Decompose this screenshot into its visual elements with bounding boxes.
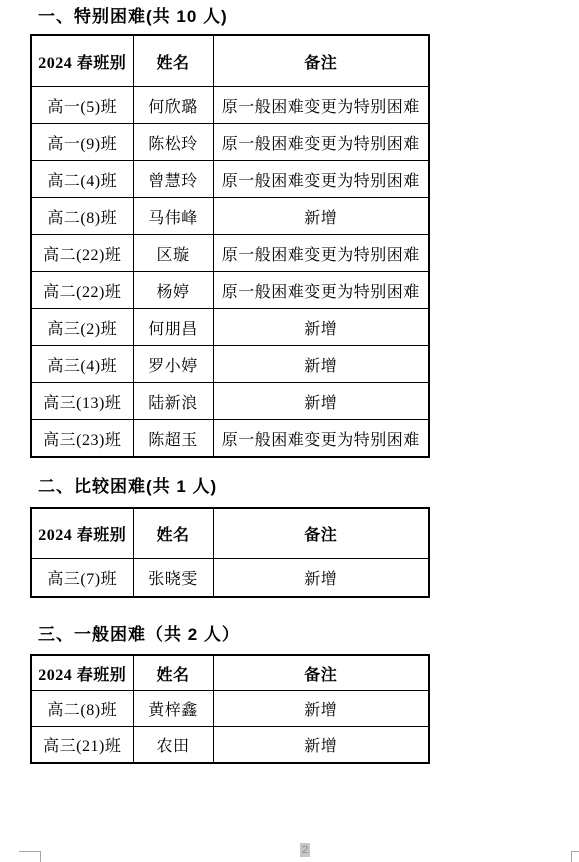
- section-fairly-difficult: 二、比较困难(共 1 人) 2024 春班别 姓名 备注 高三(7)班张晓雯新增: [30, 476, 579, 598]
- remark-column-header: 备注: [213, 655, 429, 691]
- fairly-difficult-table: 2024 春班别 姓名 备注 高三(7)班张晓雯新增: [30, 507, 430, 598]
- table-row: 高三(4)班罗小婷新增: [31, 346, 429, 383]
- remark-cell: 新增: [213, 691, 429, 727]
- document-page: 一、特别困难(共 10 人) 2024 春班别 姓名 备注 高一(5)班何欣璐原…: [0, 0, 579, 764]
- margin-corner-mark-bottom-left: [19, 851, 41, 862]
- name-cell: 马伟峰: [133, 198, 213, 235]
- class-cell: 高二(4)班: [31, 161, 133, 198]
- name-cell: 农田: [133, 727, 213, 764]
- class-column-header: 2024 春班别: [31, 508, 133, 559]
- section-generally-difficult: 三、一般困难（共 2 人） 2024 春班别 姓名 备注 高二(8)班黄梓鑫新增…: [30, 624, 579, 764]
- remark-cell: 新增: [213, 346, 429, 383]
- name-cell: 陆新浪: [133, 383, 213, 420]
- remark-cell: 原一般困难变更为特别困难: [213, 124, 429, 161]
- table-row: 高三(13)班陆新浪新增: [31, 383, 429, 420]
- table-row: 高三(23)班陈超玉原一般困难变更为特别困难: [31, 420, 429, 458]
- table-row: 高三(21)班农田新增: [31, 727, 429, 764]
- table-row: 高一(9)班陈松玲原一般困难变更为特别困难: [31, 124, 429, 161]
- remark-column-header: 备注: [213, 508, 429, 559]
- section-title: 三、一般困难（共 2 人）: [38, 624, 579, 645]
- name-column-header: 姓名: [133, 35, 213, 87]
- name-column-header: 姓名: [133, 655, 213, 691]
- name-cell: 陈松玲: [133, 124, 213, 161]
- remark-cell: 原一般困难变更为特别困难: [213, 235, 429, 272]
- remark-cell: 原一般困难变更为特别困难: [213, 272, 429, 309]
- class-cell: 高三(13)班: [31, 383, 133, 420]
- name-cell: 罗小婷: [133, 346, 213, 383]
- remark-cell: 原一般困难变更为特别困难: [213, 87, 429, 124]
- table-header-row: 2024 春班别 姓名 备注: [31, 35, 429, 87]
- class-cell: 高三(21)班: [31, 727, 133, 764]
- class-cell: 高一(5)班: [31, 87, 133, 124]
- class-column-header: 2024 春班别: [31, 655, 133, 691]
- margin-corner-mark-bottom-right: [571, 851, 579, 862]
- name-cell: 何欣璐: [133, 87, 213, 124]
- class-cell: 高三(2)班: [31, 309, 133, 346]
- section-title: 一、特别困难(共 10 人): [38, 6, 579, 27]
- class-cell: 高二(8)班: [31, 198, 133, 235]
- name-cell: 张晓雯: [133, 559, 213, 598]
- name-cell: 曾慧玲: [133, 161, 213, 198]
- remark-cell: 原一般困难变更为特别困难: [213, 161, 429, 198]
- name-cell: 何朋昌: [133, 309, 213, 346]
- especially-difficult-table: 2024 春班别 姓名 备注 高一(5)班何欣璐原一般困难变更为特别困难高一(9…: [30, 34, 430, 458]
- name-cell: 黄梓鑫: [133, 691, 213, 727]
- class-cell: 高三(4)班: [31, 346, 133, 383]
- class-cell: 高三(7)班: [31, 559, 133, 598]
- class-column-header: 2024 春班别: [31, 35, 133, 87]
- table-header-row: 2024 春班别 姓名 备注: [31, 508, 429, 559]
- generally-difficult-table: 2024 春班别 姓名 备注 高二(8)班黄梓鑫新增高三(21)班农田新增: [30, 654, 430, 764]
- table-row: 高二(22)班区璇原一般困难变更为特别困难: [31, 235, 429, 272]
- remark-cell: 新增: [213, 198, 429, 235]
- page-number-field: 2: [300, 843, 310, 857]
- class-cell: 高一(9)班: [31, 124, 133, 161]
- remark-cell: 新增: [213, 559, 429, 598]
- class-cell: 高二(22)班: [31, 272, 133, 309]
- remark-column-header: 备注: [213, 35, 429, 87]
- table-row: 高二(22)班杨婷原一般困难变更为特别困难: [31, 272, 429, 309]
- table-row: 高一(5)班何欣璐原一般困难变更为特别困难: [31, 87, 429, 124]
- table-header-row: 2024 春班别 姓名 备注: [31, 655, 429, 691]
- table-row: 高二(8)班黄梓鑫新增: [31, 691, 429, 727]
- table-row: 高三(2)班何朋昌新增: [31, 309, 429, 346]
- remark-cell: 新增: [213, 309, 429, 346]
- name-cell: 区璇: [133, 235, 213, 272]
- table-row: 高二(4)班曾慧玲原一般困难变更为特别困难: [31, 161, 429, 198]
- remark-cell: 新增: [213, 727, 429, 764]
- section-especially-difficult: 一、特别困难(共 10 人) 2024 春班别 姓名 备注 高一(5)班何欣璐原…: [30, 6, 579, 458]
- remark-cell: 原一般困难变更为特别困难: [213, 420, 429, 458]
- class-cell: 高二(22)班: [31, 235, 133, 272]
- table-row: 高三(7)班张晓雯新增: [31, 559, 429, 598]
- remark-cell: 新增: [213, 383, 429, 420]
- name-cell: 杨婷: [133, 272, 213, 309]
- section-title: 二、比较困难(共 1 人): [38, 476, 579, 497]
- class-cell: 高二(8)班: [31, 691, 133, 727]
- class-cell: 高三(23)班: [31, 420, 133, 458]
- table-row: 高二(8)班马伟峰新增: [31, 198, 429, 235]
- name-cell: 陈超玉: [133, 420, 213, 458]
- name-column-header: 姓名: [133, 508, 213, 559]
